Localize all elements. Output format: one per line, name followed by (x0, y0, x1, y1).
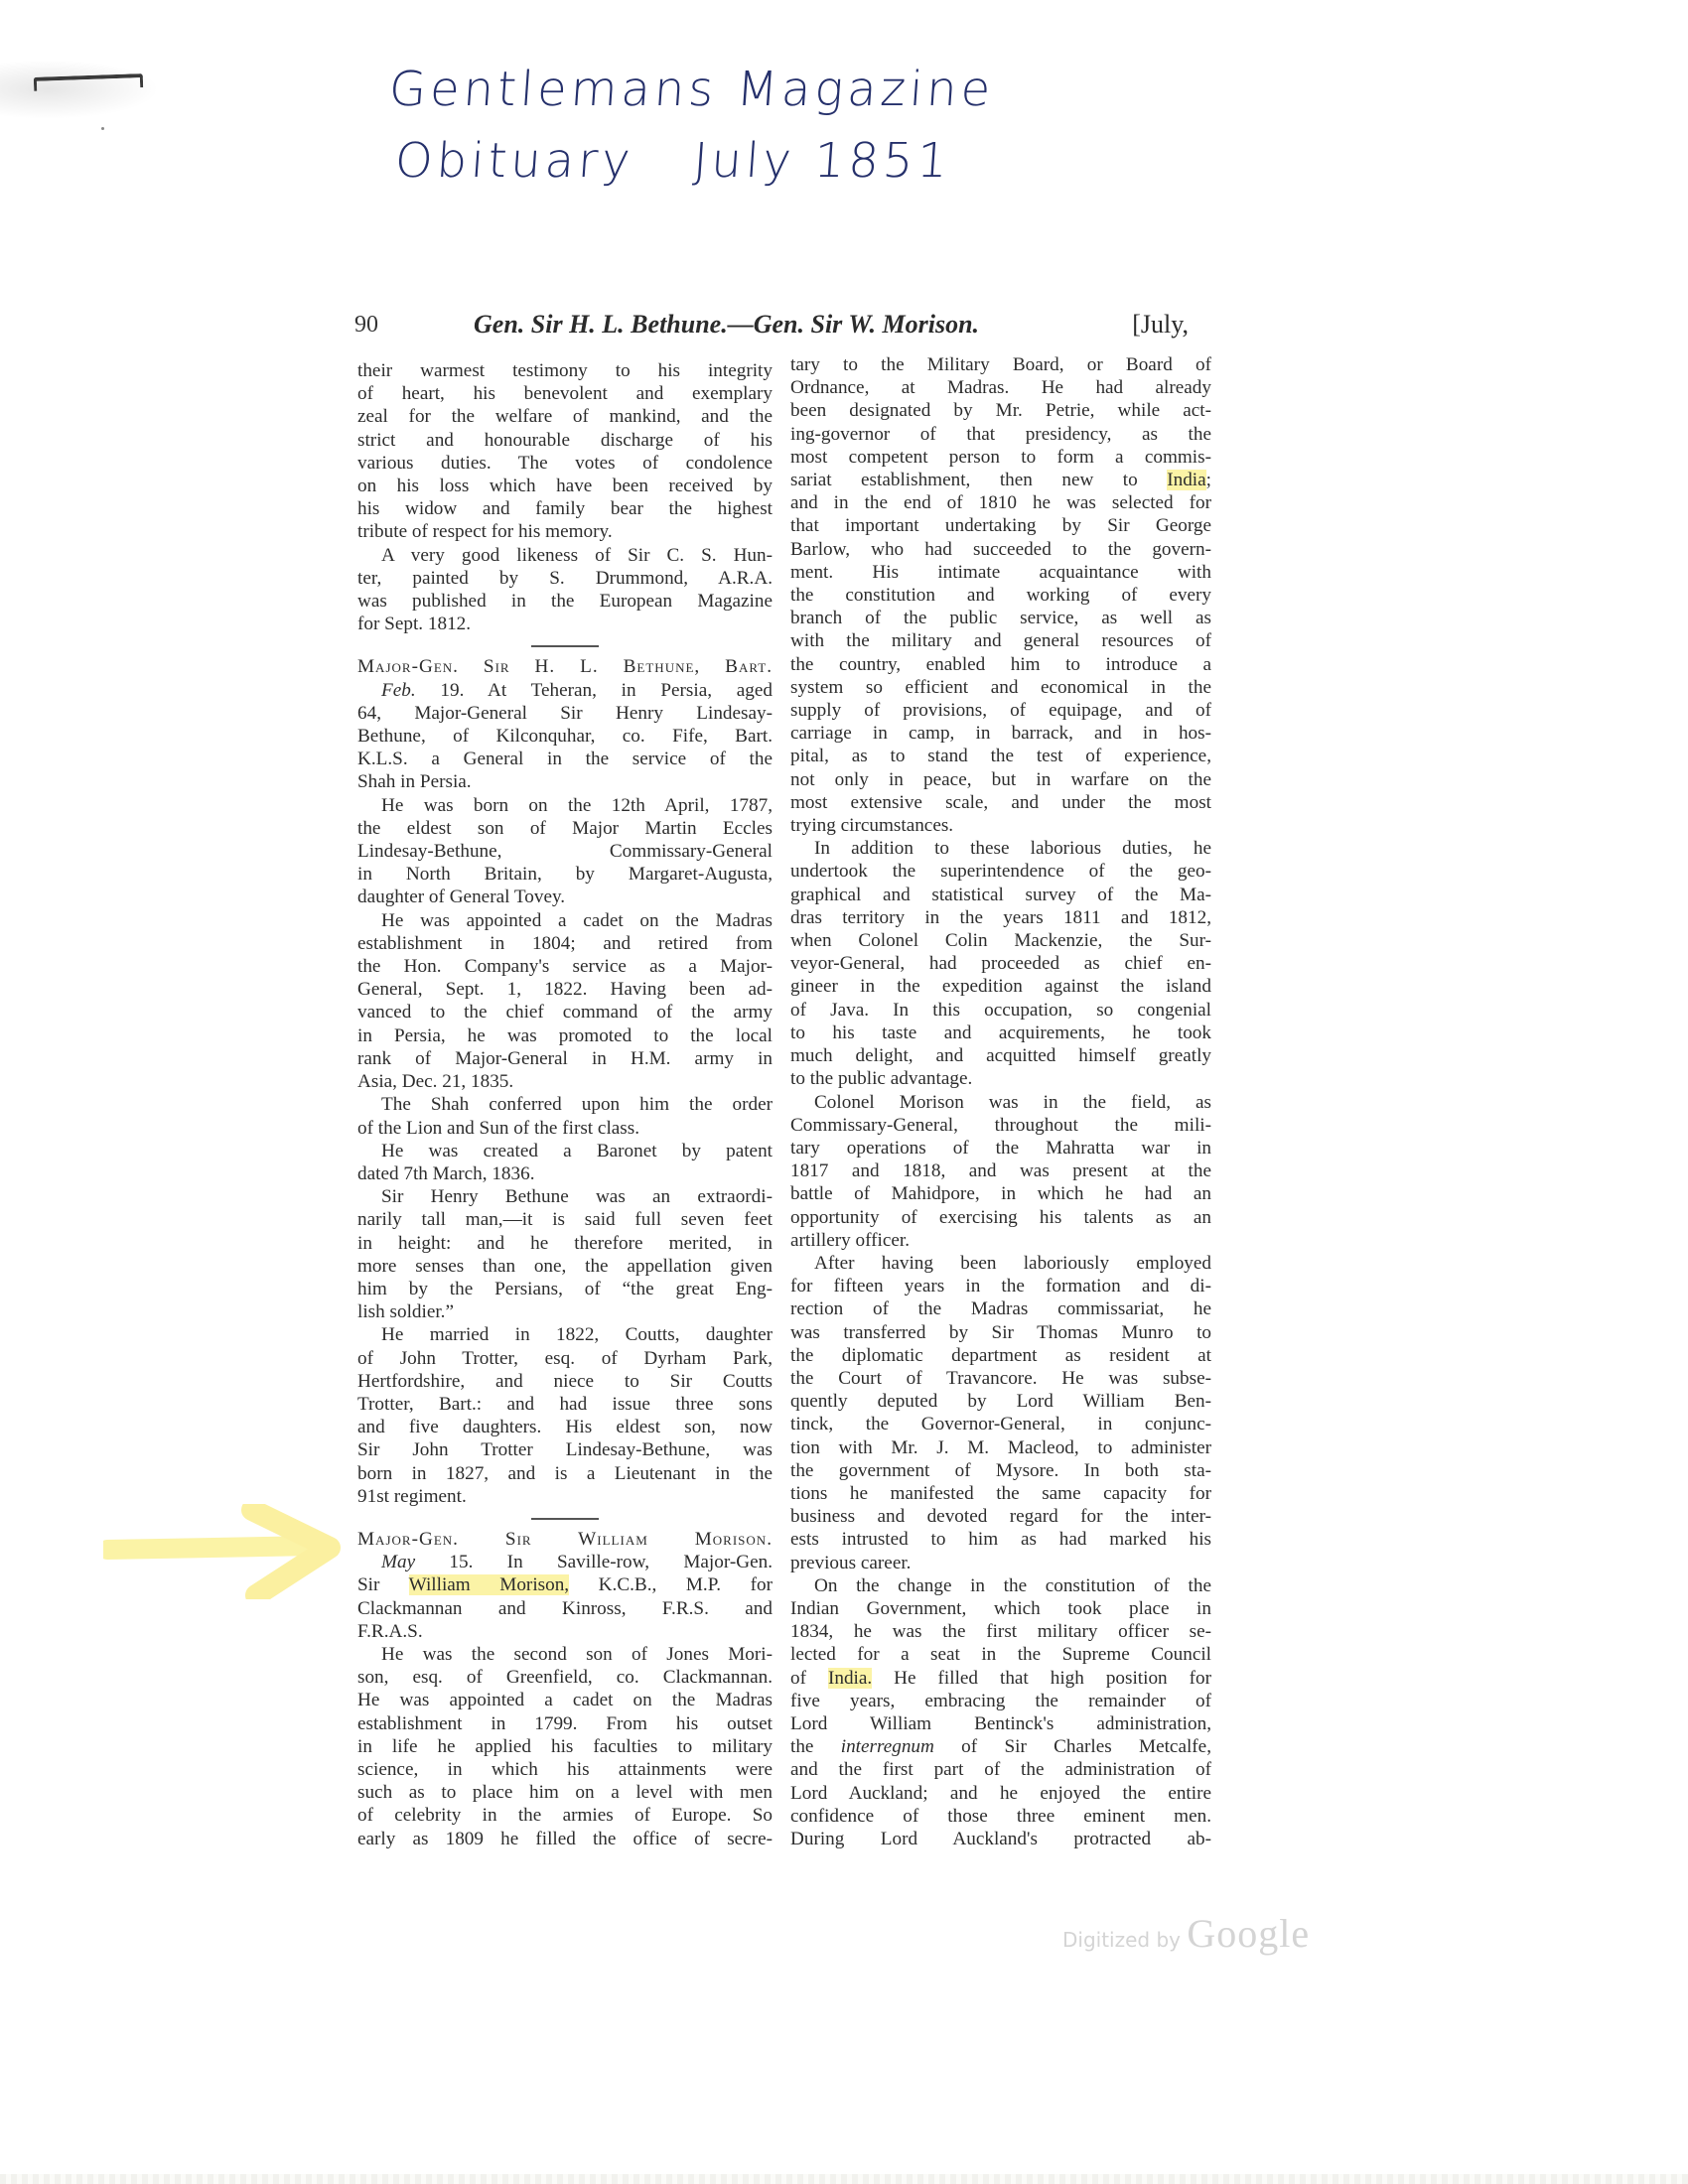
text-line: when Colonel Colin Mackenzie, the Sur- (790, 929, 1211, 952)
text-line: Sir John Trotter Lindesay-Bethune, was (357, 1438, 773, 1461)
section-divider (531, 1518, 599, 1520)
text-line: May 15. In Saville-row, Major-Gen. (357, 1551, 773, 1573)
text-line: the country, enabled him to introduce a (790, 653, 1211, 676)
text-line: ter, painted by S. Drummond, A.R.A. (357, 567, 773, 590)
text-line: the Court of Travancore. He was subse- (790, 1367, 1211, 1390)
text-line: 91st regiment. (357, 1485, 773, 1508)
text-line: was transferred by Sir Thomas Munro to (790, 1321, 1211, 1344)
text-line: of celebrity in the armies of Europe. So (357, 1804, 773, 1827)
morison-heading: Major-Gen. Sir William Morison. (357, 1528, 773, 1551)
text-line: most extensive scale, and under the most (790, 791, 1211, 814)
scan-edge (0, 2174, 1688, 2184)
text-line: tions he manifested the same capacity fo… (790, 1482, 1211, 1505)
text-fragment: the (790, 1736, 841, 1757)
text-line: not only in peace, but in warfare on the (790, 768, 1211, 791)
page-number: 90 (354, 312, 378, 339)
text-line: 1817 and 1818, and was present at the (790, 1160, 1211, 1182)
text-line: dras territory in the years 1811 and 181… (790, 906, 1211, 929)
text-line: battle of Mahidpore, in which he had an (790, 1182, 1211, 1205)
text-line: to the public advantage. (790, 1067, 1211, 1090)
text-line: various duties. The votes of condolence (357, 452, 773, 475)
text-line: Shah in Persia. (357, 770, 773, 793)
highlighted-name: William Morison, (409, 1574, 570, 1595)
digitized-watermark: Digitized by Google (1062, 1910, 1310, 1957)
text-line: the eldest son of Major Martin Eccles (357, 817, 773, 840)
highlighted-india: India (1167, 470, 1205, 490)
text-fragment: of Sir Charles Metcalfe, (934, 1736, 1211, 1757)
text-line: On the change in the constitution of the (790, 1574, 1211, 1597)
text-line: of India. He filled that high position f… (790, 1667, 1211, 1690)
text-line: more senses than one, the appellation gi… (357, 1255, 773, 1278)
text-line: confidence of those three eminent men. (790, 1805, 1211, 1828)
text-line: Lord Auckland; and he enjoyed the entire (790, 1782, 1211, 1805)
text-line: that important undertaking by Sir George (790, 514, 1211, 537)
text-line: for fifteen years in the formation and d… (790, 1275, 1211, 1297)
text-line: son, esq. of Greenfield, co. Clackmannan… (357, 1666, 773, 1689)
section-divider (531, 645, 599, 647)
text-line: five years, embracing the remainder of (790, 1690, 1211, 1712)
text-line: quently deputed by Lord William Ben- (790, 1390, 1211, 1413)
bethune-heading: Major-Gen. Sir H. L. Bethune, Bart. (357, 655, 773, 678)
text-line: narily tall man,—it is said full seven f… (357, 1208, 773, 1231)
text-line: in life he applied his faculties to mili… (357, 1735, 773, 1758)
text-line: the constitution and working of every (790, 584, 1211, 607)
text-line: 1834, he was the first military officer … (790, 1620, 1211, 1643)
text-line: ing-governor of that presidency, as the (790, 423, 1211, 446)
text-line: Asia, Dec. 21, 1835. (357, 1070, 773, 1093)
text-line: establishment in 1804; and retired from (357, 932, 773, 955)
text-line: and five daughters. His eldest son, now (357, 1416, 773, 1438)
text-line: graphical and statistical survey of the … (790, 884, 1211, 906)
text-line: Ordnance, at Madras. He had already (790, 376, 1211, 399)
text-line: tary to the Military Board, or Board of (790, 353, 1211, 376)
text-line: Indian Government, which took place in (790, 1597, 1211, 1620)
watermark-prefix: Digitized by (1062, 1928, 1181, 1952)
text-line: supply of provisions, of equipage, and o… (790, 699, 1211, 722)
text-line: tribute of respect for his memory. (357, 520, 773, 543)
text-line: business and devoted regard for the inte… (790, 1505, 1211, 1528)
text-line: He was the second son of Jones Mori- (357, 1643, 773, 1666)
text-line: the diplomatic department as resident at (790, 1344, 1211, 1367)
text-line: Commissary-General, throughout the mili- (790, 1114, 1211, 1137)
text-line: He was born on the 12th April, 1787, (357, 794, 773, 817)
text-line: in height: and he therefore merited, in (357, 1232, 773, 1255)
text-line: The Shah conferred upon him the order (357, 1093, 773, 1116)
text-line: veyor-General, had proceeded as chief en… (790, 952, 1211, 975)
text-line: daughter of General Tovey. (357, 886, 773, 908)
text-line: Lindesay-Bethune, Commissary-General (357, 840, 773, 863)
handwritten-month-year: July 1851 (691, 133, 953, 189)
text-line: undertook the superintendence of the geo… (790, 860, 1211, 883)
text-line: zeal for the welfare of mankind, and the (357, 405, 773, 428)
text-line: pital, as to stand the test of experienc… (790, 745, 1211, 767)
text-fragment: ; (1206, 470, 1211, 490)
text-line: such as to place him on a level with men (357, 1781, 773, 1804)
running-title: Gen. Sir H. L. Bethune.—Gen. Sir W. Mori… (474, 310, 979, 340)
bethune-date-month: Feb. (381, 680, 416, 701)
text-fragment: 15. In Saville-row, Major-Gen. (415, 1552, 773, 1572)
text-fragment: K.C.B., M.P. for (569, 1574, 773, 1595)
text-line: ests intrusted to him as had marked his (790, 1528, 1211, 1551)
bethune-obituary: Major-Gen. Sir H. L. Bethune, Bart. Feb.… (357, 655, 773, 1508)
text-line: tion with Mr. J. M. Macleod, to administ… (790, 1436, 1211, 1459)
watermark-brand: Google (1187, 1911, 1310, 1956)
text-line: 64, Major-General Sir Henry Lindesay- (357, 702, 773, 725)
text-line: was published in the European Magazine (357, 590, 773, 613)
text-line: most competent person to form a commis- (790, 446, 1211, 469)
text-line: trying circumstances. (790, 814, 1211, 837)
text-line: and the first part of the administration… (790, 1758, 1211, 1781)
text-line: Barlow, who had succeeded to the govern- (790, 538, 1211, 561)
text-line: A very good likeness of Sir C. S. Hun- (357, 544, 773, 567)
text-line: Feb. 19. At Teheran, in Persia, aged (357, 679, 773, 702)
text-line: of heart, his benevolent and exemplary (357, 382, 773, 405)
text-line: sariat establishment, then new to India; (790, 469, 1211, 491)
hunter-obituary-end: their warmest testimony to his integrity… (357, 359, 773, 635)
text-line: He was appointed a cadet on the Madras (357, 909, 773, 932)
text-line: of Java. In this occupation, so congenia… (790, 999, 1211, 1022)
right-column: tary to the Military Board, or Board of … (790, 353, 1211, 1850)
text-line: the Hon. Company's service as a Major- (357, 955, 773, 978)
italic-interregnum: interregnum (841, 1736, 934, 1757)
text-line: the interregnum of Sir Charles Metcalfe, (790, 1735, 1211, 1758)
text-line: branch of the public service, as well as (790, 607, 1211, 629)
text-line: his widow and family bear the highest (357, 497, 773, 520)
text-line: In addition to these laborious duties, h… (790, 837, 1211, 860)
text-line: tary operations of the Mahratta war in (790, 1137, 1211, 1160)
text-line: early as 1809 he filled the office of se… (357, 1828, 773, 1850)
text-line: gineer in the expedition against the isl… (790, 975, 1211, 998)
text-line: Clackmannan and Kinross, F.R.S. and (357, 1597, 773, 1620)
text-line: opportunity of exercising his talents as… (790, 1206, 1211, 1229)
text-line: He was created a Baronet by patent (357, 1140, 773, 1162)
text-line: in North Britain, by Margaret-Augusta, (357, 863, 773, 886)
text-fragment: of (790, 1668, 828, 1689)
text-line: He was appointed a cadet on the Madras (357, 1689, 773, 1711)
text-line: lish soldier.” (357, 1300, 773, 1323)
text-line: system so efficient and economical in th… (790, 676, 1211, 699)
text-line: been designated by Mr. Petrie, while act… (790, 399, 1211, 422)
text-line: He married in 1822, Coutts, daughter (357, 1323, 773, 1346)
page-header: 90 Gen. Sir H. L. Bethune.—Gen. Sir W. M… (354, 310, 1189, 341)
text-line: Sir William Morison, K.C.B., M.P. for (357, 1573, 773, 1596)
text-line: Trotter, Bart.: and had issue three sons (357, 1393, 773, 1416)
text-line: in Persia, he was promoted to the local (357, 1024, 773, 1047)
handwritten-note-title: Gentlemans Magazine (387, 62, 996, 117)
text-line: Lord William Bentinck's administration, (790, 1712, 1211, 1735)
text-line: much delight, and acquitted himself grea… (790, 1044, 1211, 1067)
text-line: science, in which his attainments were (357, 1758, 773, 1781)
text-line: with the military and general resources … (790, 629, 1211, 652)
text-fragment: 19. At Teheran, in Persia, aged (416, 680, 773, 701)
text-line: of John Trotter, esq. of Dyrham Park, (357, 1347, 773, 1370)
text-line: on his loss which have been received by (357, 475, 773, 497)
morison-date-month: May (381, 1552, 415, 1572)
morison-obituary: Major-Gen. Sir William Morison. May 15. … (357, 1528, 773, 1850)
text-line: of the Lion and Sun of the first class. (357, 1117, 773, 1140)
text-line: him by the Persians, of “the great Eng- (357, 1278, 773, 1300)
text-line: Colonel Morison was in the field, as (790, 1091, 1211, 1114)
running-month: [July, (1132, 310, 1189, 340)
text-line: for Sept. 1812. (357, 613, 773, 635)
text-line: After having been laboriously employed (790, 1252, 1211, 1275)
text-line: During Lord Auckland's protracted ab- (790, 1828, 1211, 1850)
text-fragment: Sir (357, 1574, 409, 1595)
text-line: and in the end of 1810 he was selected f… (790, 491, 1211, 514)
text-line: to his taste and acquirements, he took (790, 1022, 1211, 1044)
text-line: strict and honourable discharge of his (357, 429, 773, 452)
text-line: Bethune, of Kilconquhar, co. Fife, Bart. (357, 725, 773, 748)
text-line: rank of Major-General in H.M. army in (357, 1047, 773, 1070)
text-line: carriage in camp, in barrack, and in hos… (790, 722, 1211, 745)
text-line: lected for a seat in the Supreme Council (790, 1643, 1211, 1666)
text-line: artillery officer. (790, 1229, 1211, 1252)
text-line: rection of the Madras commissariat, he (790, 1297, 1211, 1320)
text-line: Hertfordshire, and niece to Sir Coutts (357, 1370, 773, 1393)
highlighter-arrow-icon (103, 1504, 342, 1599)
text-fragment: sariat establishment, then new to (790, 470, 1167, 490)
text-line: ment. His intimate acquaintance with (790, 561, 1211, 584)
handwritten-note-date: ObituaryJuly 1851 (393, 133, 953, 189)
text-fragment: He filled that high position for (872, 1668, 1211, 1689)
scan-speck (101, 127, 104, 130)
text-line: vanced to the chief command of the army (357, 1001, 773, 1024)
text-line: previous career. (790, 1552, 1211, 1574)
highlighted-india: India. (828, 1668, 872, 1689)
text-line: tinck, the Governor-General, in conjunc- (790, 1413, 1211, 1435)
text-line: K.L.S. a General in the service of the (357, 748, 773, 770)
text-line: the government of Mysore. In both sta- (790, 1459, 1211, 1482)
handwritten-obituary: Obituary (393, 133, 635, 189)
text-line: their warmest testimony to his integrity (357, 359, 773, 382)
text-line: dated 7th March, 1836. (357, 1162, 773, 1185)
text-line: F.R.A.S. (357, 1620, 773, 1643)
text-line: General, Sept. 1, 1822. Having been ad- (357, 978, 773, 1001)
left-column: their warmest testimony to his integrity… (357, 359, 773, 1850)
text-line: Sir Henry Bethune was an extraordi- (357, 1185, 773, 1208)
text-line: born in 1827, and is a Lieutenant in the (357, 1462, 773, 1485)
text-line: establishment in 1799. From his outset (357, 1712, 773, 1735)
